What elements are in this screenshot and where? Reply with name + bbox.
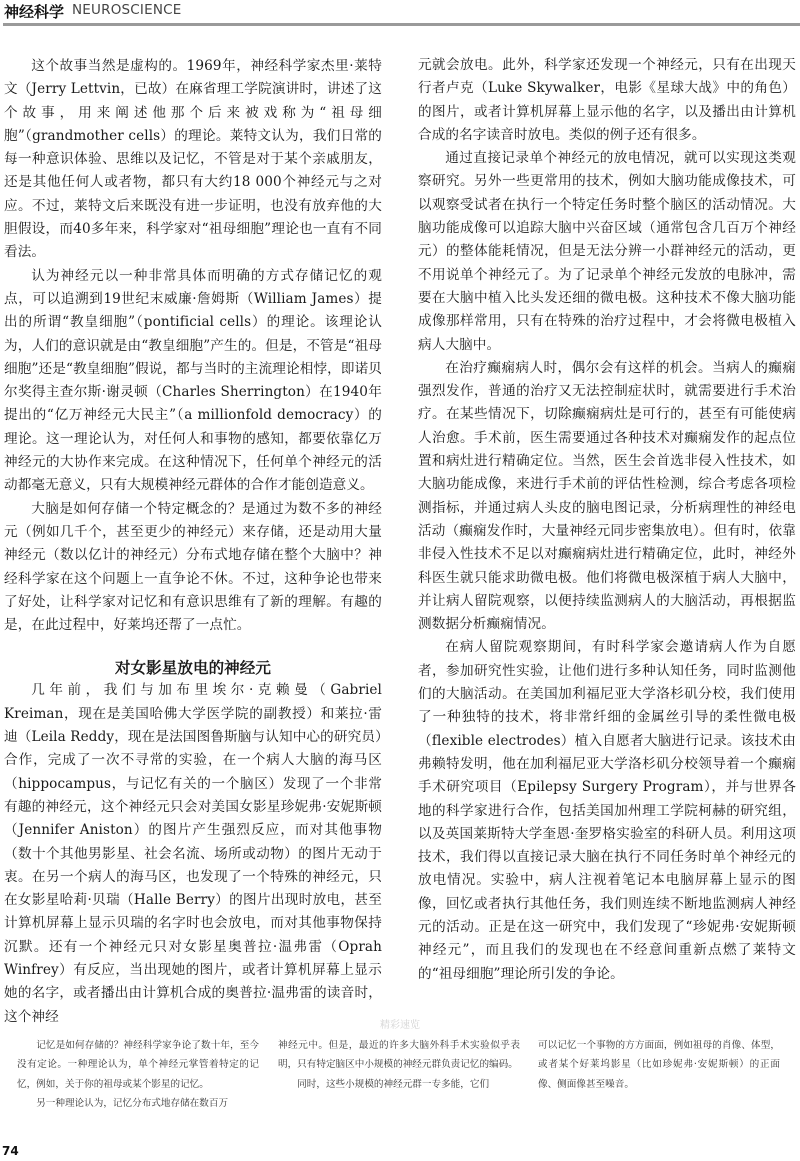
paragraph: 通过直接记录单个神经元的放电情况，就可以实现这类观察研究。另外一些更常用的技术，…: [418, 147, 796, 357]
paragraph: 认为神经元以一种非常具体而明确的方式存储记忆的观点，可以追溯到19世纪末威廉·詹…: [4, 265, 382, 498]
summary-box: 精彩速览 记忆是如何存储的？神经科学家争论了数十年，至今没有定论。一种理论认为，…: [0, 1010, 800, 1120]
summary-column-1: 记忆是如何存储的？神经科学家争论了数十年，至今没有定论。一种理论认为，单个神经元…: [17, 1036, 259, 1113]
summary-column-2: 神经元中。但是，最近的许多大脑外科手术实验似乎表明，只有特定脑区中小规模的神经元…: [278, 1036, 520, 1094]
paragraph: 大脑是如何存储一个特定概念的？是通过为数不多的神经元（例如几千个，甚至更少的神经…: [4, 498, 382, 638]
left-column: 这个故事当然是虚构的。1969年，神经科学家杰里·莱特文（Jerry Lettv…: [4, 55, 382, 1029]
summary-box-title: 精彩速览: [0, 1016, 800, 1031]
summary-paragraph: 同时，这些小规模的神经元群一专多能，它们: [278, 1075, 520, 1094]
summary-paragraph-continuation: 神经元中。但是，最近的许多大脑外科手术实验似乎表明，只有特定脑区中小规模的神经元…: [278, 1036, 520, 1075]
summary-paragraph: 记忆是如何存储的？神经科学家争论了数十年，至今没有定论。一种理论认为，单个神经元…: [17, 1036, 259, 1094]
paragraph: 这个故事当然是虚构的。1969年，神经科学家杰里·莱特文（Jerry Lettv…: [4, 55, 382, 265]
paragraph: 在治疗癫痫病人时，偶尔会有这样的机会。当病人的癫痫强烈发作，普通的治疗又无法控制…: [418, 357, 796, 637]
page-number: 74: [2, 1144, 19, 1158]
section-name-chinese: 神经科学: [4, 1, 64, 22]
paragraph: 在病人留院观察期间，有时科学家会邀请病人作为自愿者，参加研究性实验，让他们进行多…: [418, 636, 796, 985]
header-divider: [3, 23, 800, 26]
right-column: 元就会放电。此外，科学家还发现一个神经元，只有在出现天行者卢克（Luke Sky…: [418, 54, 796, 986]
paragraph-continuation: 元就会放电。此外，科学家还发现一个神经元，只有在出现天行者卢克（Luke Sky…: [418, 54, 796, 147]
summary-paragraph-continuation: 可以记忆一个事物的方方面面，例如祖母的肖像、体型，或者某个好莱坞影星（比如珍妮弗…: [538, 1036, 780, 1094]
running-header: 神经科学 NEUROSCIENCE: [4, 0, 800, 22]
summary-paragraph: 另一种理论认为，记忆分布式地存储在数百万: [17, 1094, 259, 1113]
paragraph: 几年前，我们与加布里埃尔·克赖曼（Gabriel Kreiman，现在是美国哈佛…: [4, 679, 382, 1028]
section-name-english: NEUROSCIENCE: [72, 2, 181, 18]
summary-column-3: 可以记忆一个事物的方方面面，例如祖母的肖像、体型，或者某个好莱坞影星（比如珍妮弗…: [538, 1036, 780, 1094]
section-heading: 对女影星放电的神经元: [4, 657, 382, 679]
